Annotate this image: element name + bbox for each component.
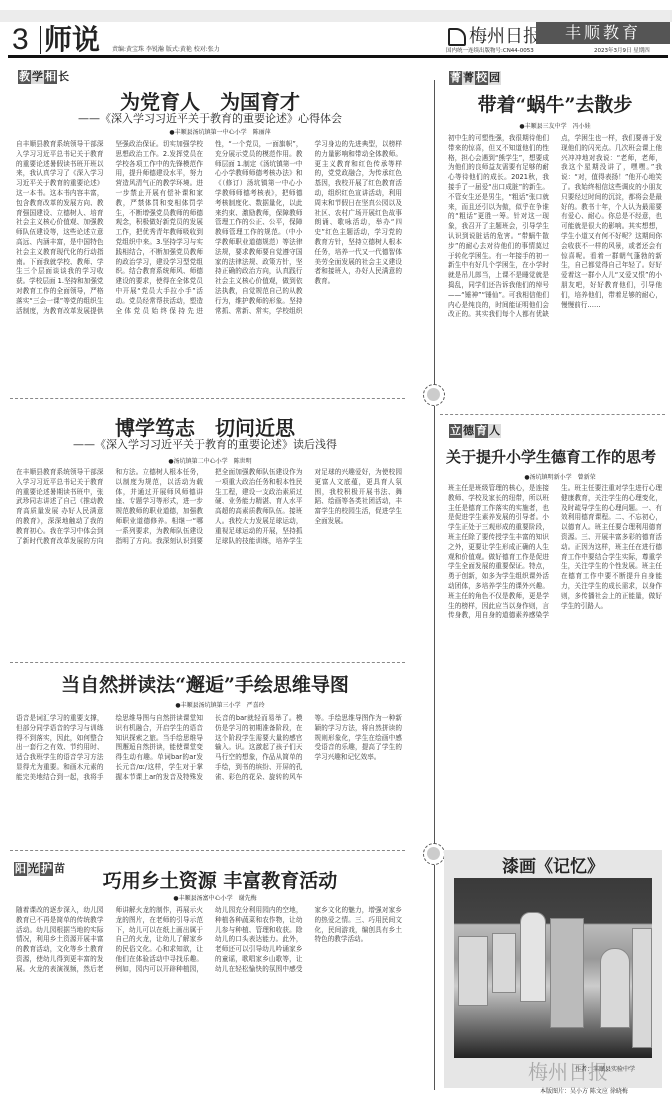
decorative-circle bbox=[423, 843, 445, 865]
article-title: 当自然拼读法“邂逅”手绘思维导图 bbox=[40, 670, 370, 697]
badge-char: 菁 bbox=[462, 71, 475, 85]
painting-building bbox=[550, 918, 584, 1028]
section-title: 师说 bbox=[44, 24, 100, 56]
badge-char: 校 bbox=[475, 71, 488, 85]
section-divider bbox=[10, 398, 405, 399]
column-badge-jingjing: 菁菁校园 bbox=[449, 71, 501, 85]
decorative-circle bbox=[423, 384, 445, 406]
art-feature-title: 漆画《记忆》 bbox=[444, 852, 662, 877]
article-body: 班主任是班级管理的核心，是连接教师、学校及家长的纽带，所以班主任是德育工作落实的… bbox=[448, 484, 662, 824]
page-number: 3 bbox=[12, 24, 29, 56]
badge-char: 光 bbox=[27, 862, 40, 876]
article-byline: ●丰顺县汤坑镇第一中心小学 陈丽萍 bbox=[160, 127, 280, 136]
article-body: 在丰顺县教育系统领导干部深入学习习近平总书记关于教育的重要论述暑期读书班中，张武… bbox=[16, 468, 402, 656]
newspaper-logo-icon bbox=[448, 28, 466, 46]
badge-char: 菁 bbox=[449, 71, 462, 85]
art-caption: 作者：丰顺县实验中学 bbox=[560, 1064, 650, 1073]
column-badge-jiaoxue: 教学相长 bbox=[18, 70, 70, 84]
article-title: 带着“蜗牛”去散步 bbox=[450, 90, 660, 117]
article-body: 自丰顺县教育系统领导干部深入学习习近平总书记关于教育的重要论述暑假读书班开班以来… bbox=[16, 140, 402, 390]
photo-credit: 本版图片：吴小方 陈文应 徐晓梅 bbox=[540, 1086, 628, 1095]
article-body: 初中生的可塑性强，我很期待他们带来的惊喜，但又不知道他们的性格，担心会遇到“熊学… bbox=[448, 134, 662, 406]
badge-char: 阳 bbox=[14, 862, 27, 876]
badge-char: 教 bbox=[18, 70, 31, 84]
painting-building bbox=[520, 912, 546, 1002]
article-subtitle: ——《深入学习习近平关于教育的重要论述》读后浅得 bbox=[45, 436, 365, 452]
badge-char: 长 bbox=[57, 70, 70, 84]
header-divider bbox=[40, 26, 41, 54]
article-body: 语音是词汇学习的重要支撑，但部分同学语音的学习与训练得不到落实，因此，如何整合出… bbox=[16, 714, 402, 840]
publication-number: 国内统一连续出版物号:CN44-0053 bbox=[446, 46, 534, 54]
column-badge-yangguang: 阳光护苗 bbox=[14, 862, 66, 876]
column-badge-lide: 立德育人 bbox=[449, 424, 501, 438]
newspaper-logo: 梅州日报 bbox=[448, 22, 541, 48]
section-divider bbox=[440, 414, 665, 415]
editors-line: 责编:黄宝珠 李锐瀚 版式:黄艳 校对:张力 bbox=[112, 44, 220, 53]
article-byline: ●丰顺县汤富中心小学 谢先梅 bbox=[160, 893, 270, 902]
brand-block: 丰顺教育 bbox=[536, 22, 670, 44]
painting-building bbox=[600, 948, 630, 1028]
badge-char: 学 bbox=[31, 70, 44, 84]
page-header: 3 师说 责编:黄宝珠 李锐瀚 版式:黄艳 校对:张力 梅州日报 国内统一连续出… bbox=[8, 22, 668, 58]
badge-char: 护 bbox=[40, 862, 53, 876]
paper-name: 梅州日报 bbox=[469, 26, 541, 47]
article-body: 随着课改的逐步深入，幼儿园教育已不再是简单的传统教学活动。幼儿园根据当地的实际情… bbox=[16, 906, 402, 1092]
badge-char: 园 bbox=[488, 71, 501, 85]
issue-date: 2023年3月9日 星期四 bbox=[594, 46, 650, 54]
painting-building bbox=[632, 928, 652, 1048]
article-byline: ●汤坑镇明新小学 曾新荣 bbox=[505, 472, 615, 481]
article-title: 关于提升小学生德育工作的思考 bbox=[446, 446, 666, 467]
article-byline: ●汤坑镇第二中心小学 陈世明 bbox=[150, 456, 270, 465]
badge-char: 相 bbox=[44, 70, 57, 84]
article-byline: ●丰顺县三友中学 冯小娃 bbox=[500, 121, 610, 130]
lacquer-painting-image bbox=[454, 878, 652, 1058]
section-divider bbox=[10, 662, 405, 663]
article-title: 巧用乡土资源 丰富教育活动 bbox=[90, 866, 350, 893]
badge-char: 育 bbox=[475, 424, 488, 438]
top-strip bbox=[0, 10, 672, 22]
badge-char: 德 bbox=[462, 424, 475, 438]
badge-char: 苗 bbox=[53, 862, 66, 876]
article-byline: ●丰顺县汤坑镇第三小学 严喜玲 bbox=[150, 700, 290, 709]
painting-building bbox=[492, 933, 516, 993]
badge-char: 人 bbox=[488, 424, 501, 438]
badge-char: 立 bbox=[449, 424, 462, 438]
painting-building bbox=[458, 936, 488, 1006]
article-subtitle: ——《深入学习习近平关于教育的重要论述》心得体会 bbox=[60, 110, 360, 126]
section-divider bbox=[10, 850, 405, 851]
column-rule bbox=[434, 80, 435, 1090]
